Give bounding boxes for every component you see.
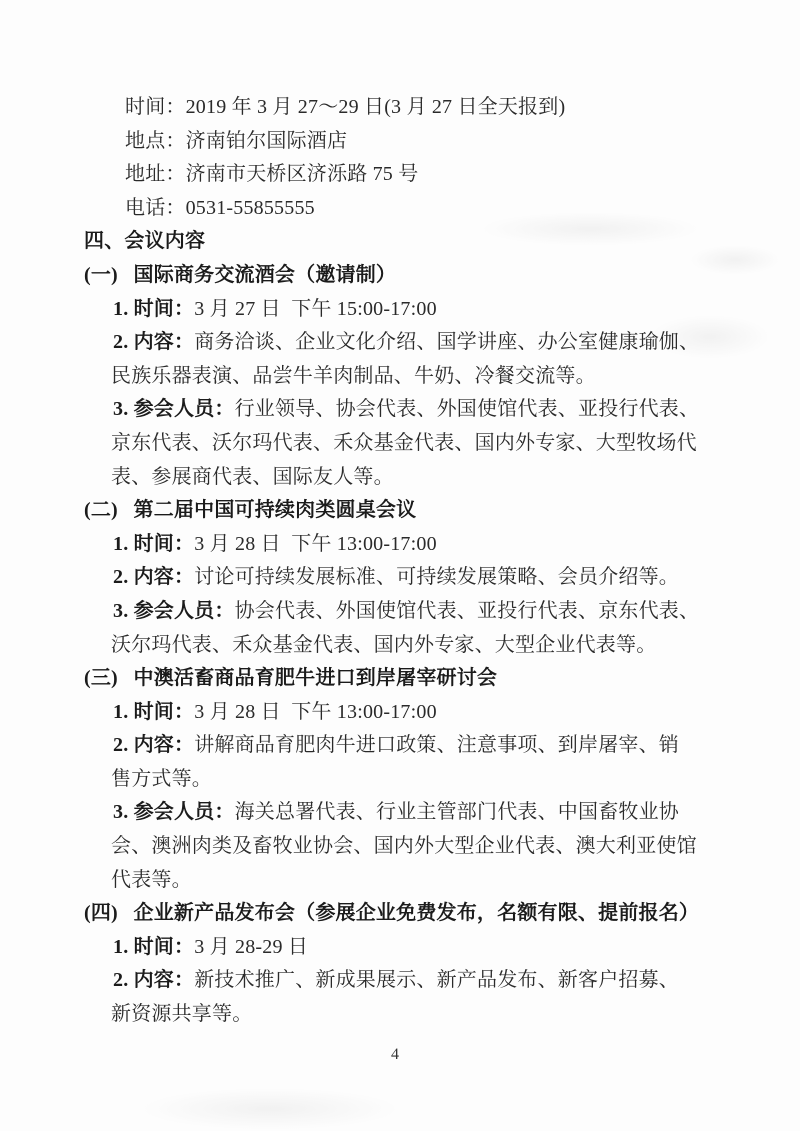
text-line-item: 1. 时间：3 月 28 日 下午 13:00-17:00 [84, 528, 784, 562]
line-text: 民族乐器表演、品尝牛羊肉制品、牛奶、冷餐交流等。 [111, 365, 596, 387]
text-line-subsection: (一) 国际商务交流酒会（邀请制） [84, 259, 784, 293]
text-line-meta: 电话：0531-55855555 [84, 192, 784, 226]
document-page: 时间：2019 年 3 月 27～29 日(3 月 27 日全天报到)地点：济南… [0, 0, 800, 1131]
text-line-cont: 民族乐器表演、品尝牛羊肉制品、牛奶、冷餐交流等。 [84, 360, 784, 394]
line-text: 售方式等。 [111, 768, 212, 790]
text-line-cont: 沃尔玛代表、禾众基金代表、国内外专家、大型企业代表等。 [84, 629, 784, 663]
line-label: (二) 第二届中国可持续肉类圆桌会议 [84, 499, 416, 521]
text-line-cont: 新资源共享等。 [84, 998, 784, 1032]
line-label: (四) 企业新产品发布会（参展企业免费发布，名额有限、提前报名） [84, 902, 699, 924]
text-line-item: 2. 内容：讲解商品育肥肉牛进口政策、注意事项、到岸屠宰、销 [84, 729, 784, 763]
line-text: 协会代表、外国使馆代表、亚投行代表、京东代表、 [235, 600, 700, 622]
line-text: 电话：0531-55855555 [125, 197, 315, 219]
document-body: 时间：2019 年 3 月 27～29 日(3 月 27 日全天报到)地点：济南… [84, 91, 784, 1032]
line-text: 京东代表、沃尔玛代表、禾众基金代表、国内外专家、大型牧场代 [111, 432, 697, 454]
text-line-item: 1. 时间：3 月 28-29 日 [84, 931, 784, 965]
text-line-item: 2. 内容：商务洽谈、企业文化介绍、国学讲座、办公室健康瑜伽、 [84, 326, 784, 360]
line-text: 地址：济南市天桥区济泺路 75 号 [125, 163, 418, 185]
text-line-cont: 京东代表、沃尔玛代表、禾众基金代表、国内外专家、大型牧场代 [84, 427, 784, 461]
text-line-subsection: (二) 第二届中国可持续肉类圆桌会议 [84, 494, 784, 528]
line-text: 讨论可持续发展标准、可持续发展策略、会员介绍等。 [194, 566, 679, 588]
text-line-meta: 地点：济南铂尔国际酒店 [84, 125, 784, 159]
line-text: 3 月 28 日 下午 13:00-17:00 [194, 701, 437, 723]
text-line-cont: 售方式等。 [84, 763, 784, 797]
line-text: 地点：济南铂尔国际酒店 [125, 130, 347, 152]
line-label: 2. 内容： [113, 566, 194, 588]
line-text: 新技术推广、新成果展示、新产品发布、新客户招募、 [194, 969, 679, 991]
text-line-cont: 代表等。 [84, 864, 784, 898]
line-label: 3. 参会人员： [113, 398, 235, 420]
text-line-subsection: (三) 中澳活畜商品育肥牛进口到岸屠宰研讨会 [84, 662, 784, 696]
line-text: 代表等。 [111, 869, 192, 891]
page-number: 4 [0, 1044, 790, 1066]
text-line-item: 3. 参会人员：行业领导、协会代表、外国使馆代表、亚投行代表、 [84, 393, 784, 427]
text-line-item: 1. 时间：3 月 27 日 下午 15:00-17:00 [84, 293, 784, 327]
line-label: 1. 时间： [113, 701, 194, 723]
text-line-meta: 地址：济南市天桥区济泺路 75 号 [84, 158, 784, 192]
line-label: 3. 参会人员： [113, 600, 235, 622]
text-line-cont: 表、参展商代表、国际友人等。 [84, 461, 784, 495]
line-label: 2. 内容： [113, 331, 194, 353]
line-text: 3 月 28 日 下午 13:00-17:00 [194, 533, 437, 555]
line-label: 3. 参会人员： [113, 801, 235, 823]
text-line-item: 2. 内容：新技术推广、新成果展示、新产品发布、新客户招募、 [84, 964, 784, 998]
text-line-cont: 会、澳洲肉类及畜牧业协会、国内外大型企业代表、澳大利亚使馆 [84, 830, 784, 864]
line-text: 行业领导、协会代表、外国使馆代表、亚投行代表、 [235, 398, 700, 420]
line-label: 1. 时间： [113, 533, 194, 555]
line-text: 会、澳洲肉类及畜牧业协会、国内外大型企业代表、澳大利亚使馆 [111, 835, 697, 857]
line-label: (三) 中澳活畜商品育肥牛进口到岸屠宰研讨会 [84, 667, 497, 689]
line-label: 2. 内容： [113, 734, 194, 756]
line-text: 表、参展商代表、国际友人等。 [111, 466, 394, 488]
text-line-meta: 时间：2019 年 3 月 27～29 日(3 月 27 日全天报到) [84, 91, 784, 125]
text-line-subsection: (四) 企业新产品发布会（参展企业免费发布，名额有限、提前报名） [84, 897, 784, 931]
line-label: (一) 国际商务交流酒会（邀请制） [84, 264, 396, 286]
text-line-item: 3. 参会人员：海关总署代表、行业主管部门代表、中国畜牧业协 [84, 796, 784, 830]
text-line-item: 3. 参会人员：协会代表、外国使馆代表、亚投行代表、京东代表、 [84, 595, 784, 629]
line-text: 时间：2019 年 3 月 27～29 日(3 月 27 日全天报到) [125, 96, 565, 118]
line-text: 沃尔玛代表、禾众基金代表、国内外专家、大型企业代表等。 [111, 634, 656, 656]
line-text: 商务洽谈、企业文化介绍、国学讲座、办公室健康瑜伽、 [194, 331, 699, 353]
line-label: 1. 时间： [113, 936, 194, 958]
line-text: 海关总署代表、行业主管部门代表、中国畜牧业协 [235, 801, 679, 823]
line-text: 新资源共享等。 [111, 1003, 252, 1025]
text-line-item: 1. 时间：3 月 28 日 下午 13:00-17:00 [84, 696, 784, 730]
line-text: 3 月 28-29 日 [194, 936, 308, 958]
line-label: 2. 内容： [113, 969, 194, 991]
text-line-item: 2. 内容：讨论可持续发展标准、可持续发展策略、会员介绍等。 [84, 561, 784, 595]
text-line-section: 四、会议内容 [84, 225, 784, 259]
line-text: 讲解商品育肥肉牛进口政策、注意事项、到岸屠宰、销 [194, 734, 679, 756]
line-label: 1. 时间： [113, 298, 194, 320]
line-label: 四、会议内容 [84, 230, 205, 252]
scan-smudge [140, 1088, 400, 1130]
line-text: 3 月 27 日 下午 15:00-17:00 [194, 298, 437, 320]
